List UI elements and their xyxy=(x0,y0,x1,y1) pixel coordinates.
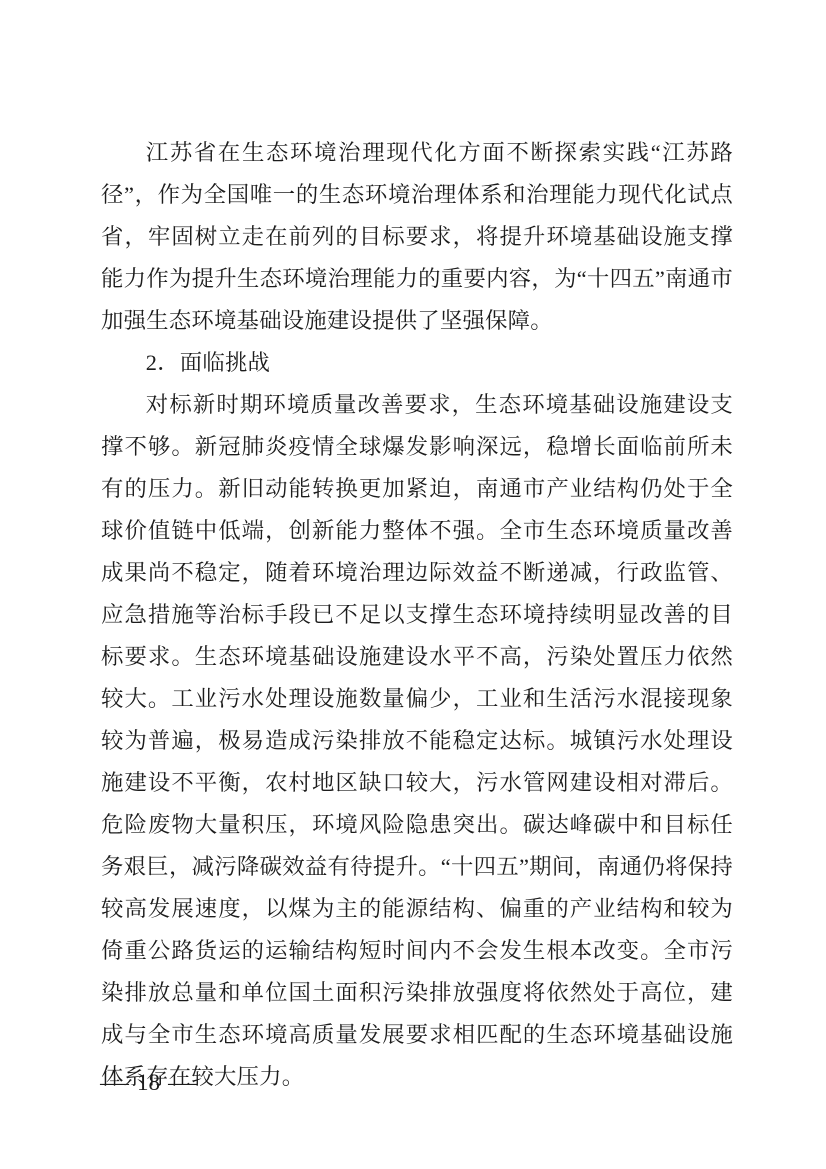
paragraph: 对标新时期环境质量改善要求，生态环境基础设施建设支撑不够。新冠肺炎疫情全球爆发影… xyxy=(101,384,733,1098)
page-footer: — 18 — xyxy=(103,1068,194,1098)
footer-dash-left: — xyxy=(100,1068,129,1098)
page-number: 18 xyxy=(135,1068,162,1098)
paragraph: 江苏省在生态环境治理现代化方面不断探索实践“江苏路径”，作为全国唯一的生态环境治… xyxy=(101,132,733,342)
document-page: 江苏省在生态环境治理现代化方面不断探索实践“江苏路径”，作为全国唯一的生态环境治… xyxy=(0,0,826,1169)
document-body: 江苏省在生态环境治理现代化方面不断探索实践“江苏路径”，作为全国唯一的生态环境治… xyxy=(101,132,733,1098)
section-heading: 2．面临挑战 xyxy=(101,342,733,384)
footer-dash-right: — xyxy=(168,1068,197,1098)
